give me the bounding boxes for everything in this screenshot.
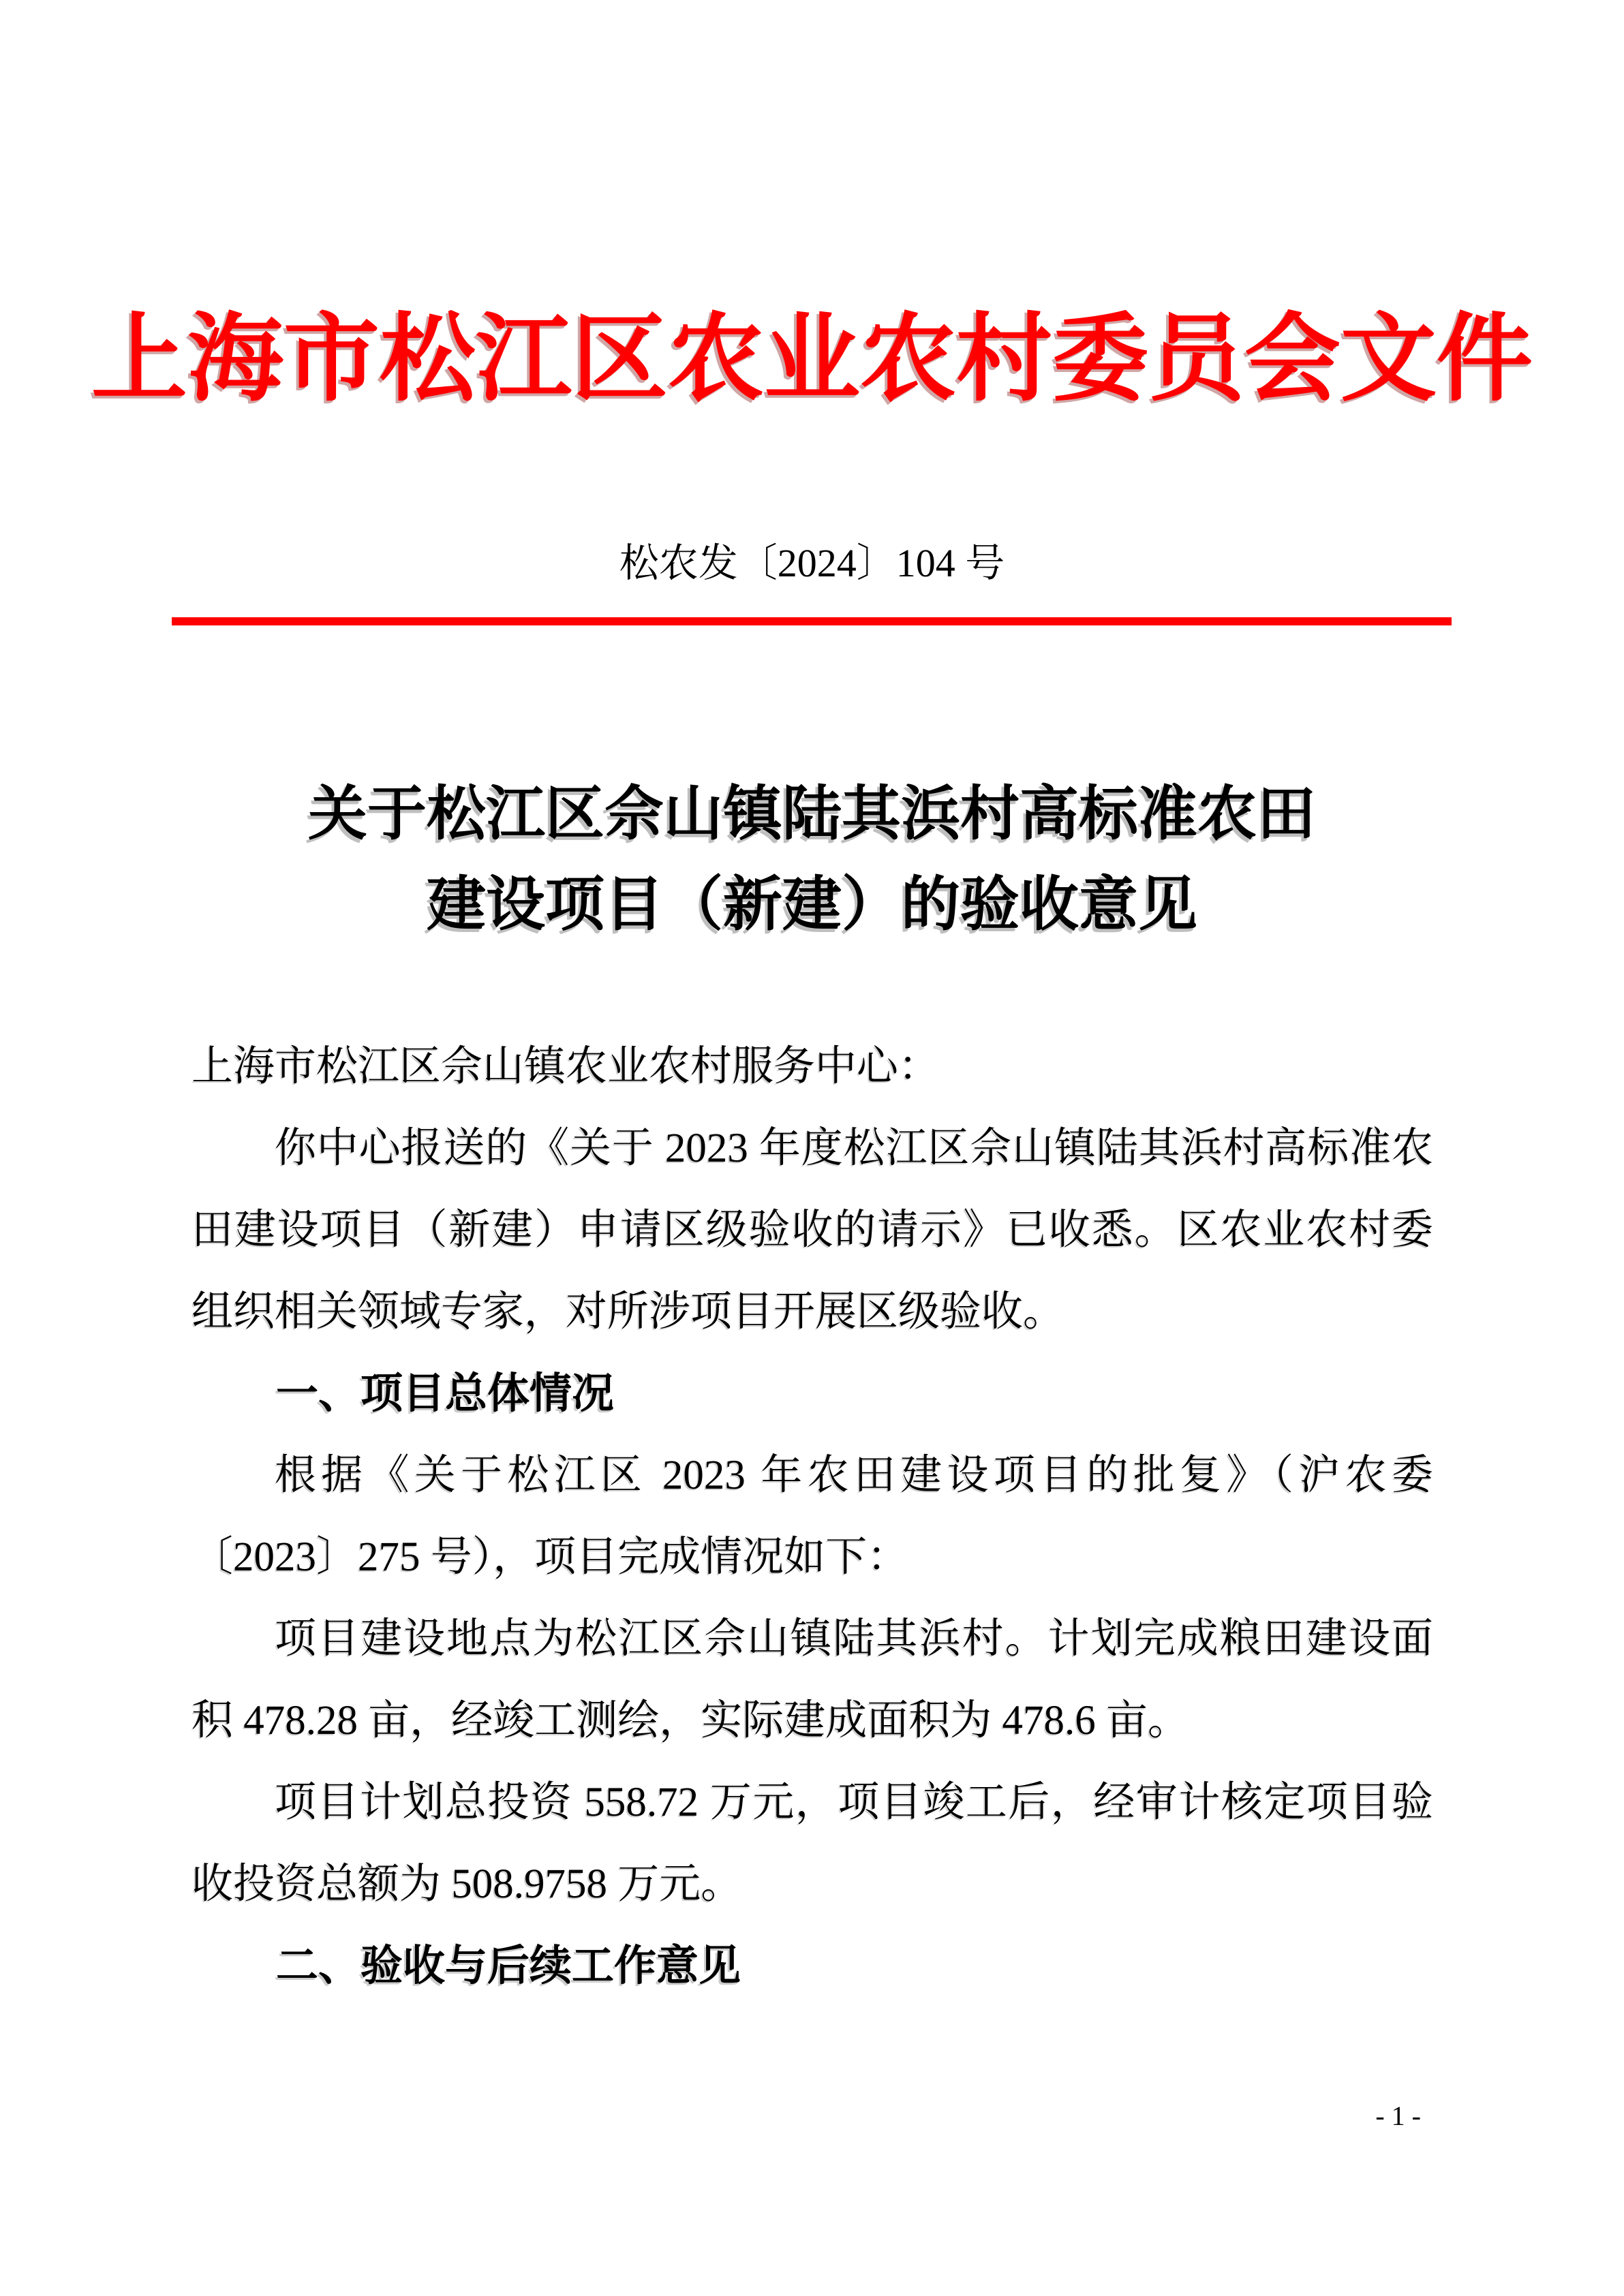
body-paragraph-1: 你中心报送的《关于 2023 年度松江区佘山镇陆其浜村高标准农田建设项目（新建）… xyxy=(191,1108,1433,1353)
agency-header-title: 上海市松江区农业农村委员会文件 xyxy=(0,305,1624,414)
document-reference-number: 松农发〔2024〕104 号 xyxy=(0,533,1624,594)
document-title: 关于松江区佘山镇陆其浜村高标准农田 建设项目（新建）的验收意见 xyxy=(0,769,1624,950)
section-heading-1: 一、项目总体情况 xyxy=(191,1353,1433,1435)
document-title-line-1: 关于松江区佘山镇陆其浜村高标准农田 xyxy=(0,769,1624,859)
body-paragraph-4: 项目计划总投资 558.72 万元，项目竣工后，经审计核定项目验收投资总额为 5… xyxy=(191,1762,1433,1925)
section-heading-2: 二、验收与后续工作意见 xyxy=(191,1925,1433,2007)
body-paragraph-2: 根据《关于松江区 2023 年农田建设项目的批复》（沪农委〔2023〕275 号… xyxy=(191,1435,1433,1598)
salutation-line: 上海市松江区佘山镇农业农村服务中心： xyxy=(191,1026,1433,1108)
body-paragraph-3: 项目建设地点为松江区佘山镇陆其浜村。计划完成粮田建设面积 478.28 亩，经竣… xyxy=(191,1598,1433,1762)
page-number: - 1 - xyxy=(1375,2100,1421,2132)
document-title-line-2: 建设项目（新建）的验收意见 xyxy=(0,859,1624,950)
red-header-divider xyxy=(172,617,1452,625)
official-document-page: 上海市松江区农业农村委员会文件 松农发〔2024〕104 号 关于松江区佘山镇陆… xyxy=(0,0,1624,2296)
document-body: 上海市松江区佘山镇农业农村服务中心： 你中心报送的《关于 2023 年度松江区佘… xyxy=(191,1026,1433,2007)
